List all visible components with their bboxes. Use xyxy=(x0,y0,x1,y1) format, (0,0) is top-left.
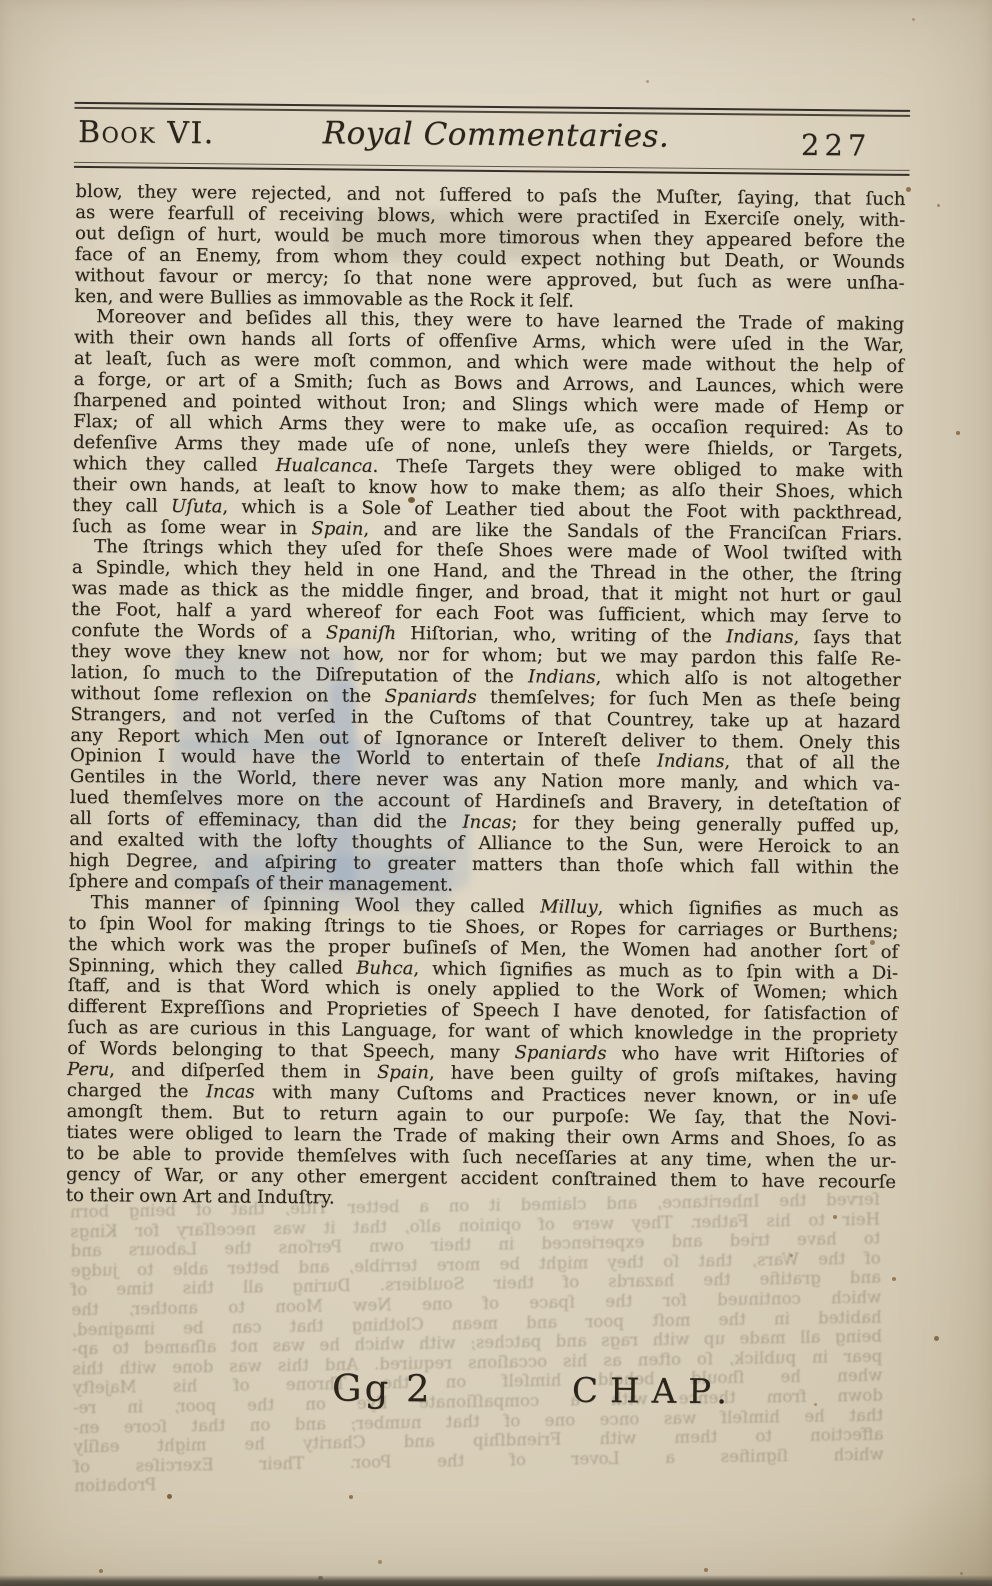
paragraph: Moreover and beſides all this, they were… xyxy=(72,307,904,545)
scan-bottom-edge xyxy=(0,1575,992,1586)
body-text: blow, they were rejected, and not ſuffer… xyxy=(66,182,906,1214)
page-content: Book VI. Royal Commentaries. 227 blow, t… xyxy=(0,0,992,1586)
book-page-scan: ſerved the Inheritance, and claimed it o… xyxy=(0,0,992,1586)
page-number: 227 xyxy=(801,128,872,163)
paragraph: This manner of ſpinning Wool they called… xyxy=(66,893,899,1215)
catchword: CHAP. xyxy=(572,1371,739,1413)
footer-line: Gg 2 CHAP. xyxy=(64,1364,894,1428)
header-rule-bottom xyxy=(74,166,910,176)
paragraph: The ſtrings which they uſed for theſe Sh… xyxy=(69,537,902,900)
paragraph: blow, they were rejected, and not ſuffer… xyxy=(74,182,905,315)
signature-mark: Gg 2 xyxy=(332,1366,433,1410)
